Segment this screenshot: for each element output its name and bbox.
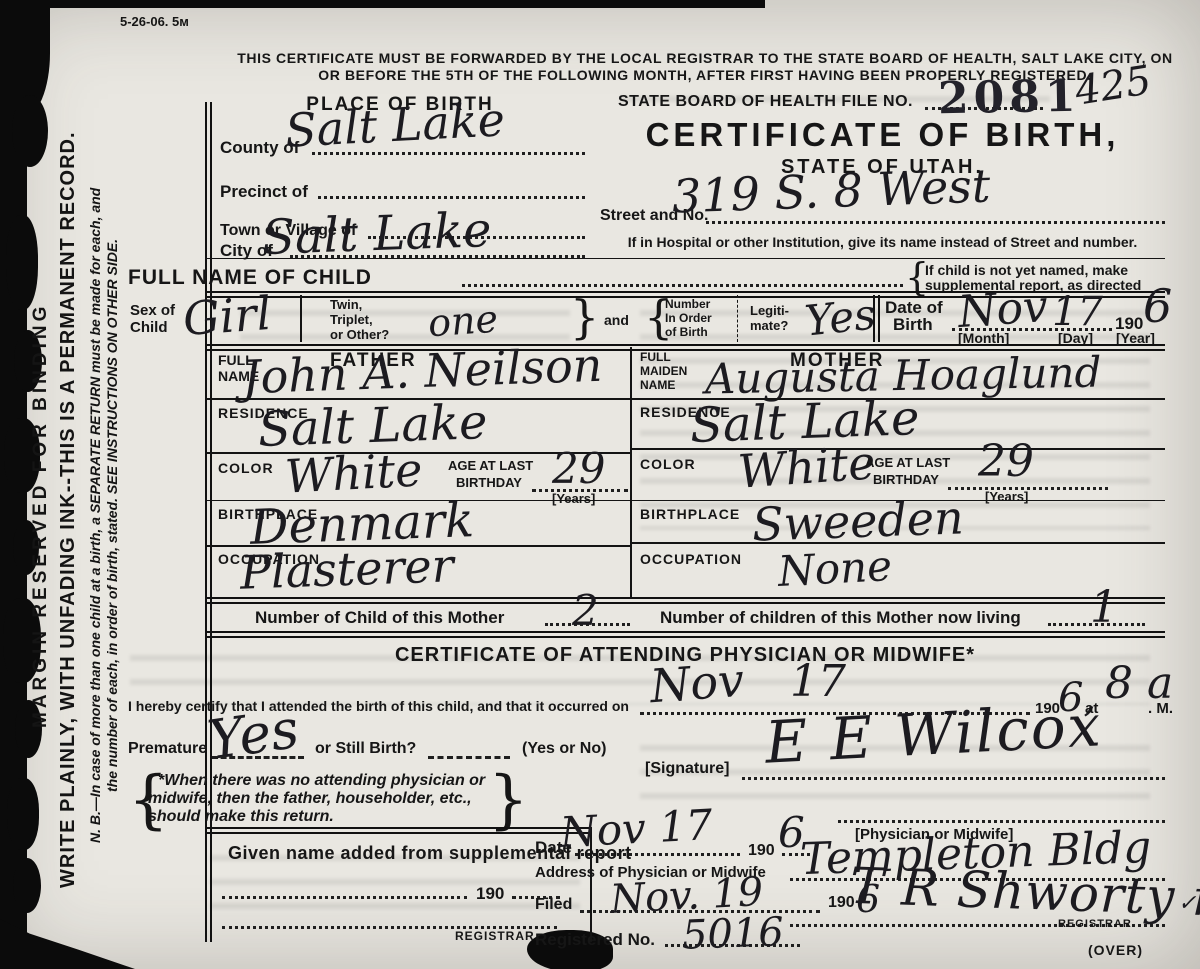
order-brace-close: } bbox=[570, 294, 599, 340]
mother-birthplace-value: Sweeden bbox=[751, 494, 964, 547]
note-brace-close: } bbox=[488, 768, 529, 832]
father-color-value: White bbox=[284, 446, 424, 499]
signature-bracket-label: [Signature] bbox=[645, 760, 729, 778]
yes-no-label: (Yes or No) bbox=[522, 740, 606, 758]
living-count-value: 1 bbox=[1090, 586, 1118, 630]
premature-label: Premature bbox=[128, 740, 207, 758]
file-no-label: STATE BOARD OF HEALTH FILE NO. bbox=[618, 93, 913, 111]
sex-label-line1: Sex of bbox=[130, 302, 175, 319]
supplemental-line-a bbox=[222, 896, 467, 899]
dob-month-value: Nov bbox=[957, 285, 1050, 335]
mother-birthplace-label: BIRTHPLACE bbox=[640, 506, 740, 522]
street-value: 319 S. 8 West bbox=[671, 162, 991, 219]
section-rule-double bbox=[205, 631, 1165, 638]
filed-label: Filed bbox=[535, 896, 572, 914]
physician-signature: E E Wilcox bbox=[764, 696, 1104, 772]
box-rule-double bbox=[205, 827, 590, 834]
registrar-label: REGISTRAR. bbox=[1058, 918, 1136, 930]
mother-residence-line bbox=[632, 448, 1165, 450]
and-label: and bbox=[604, 312, 629, 328]
section-rule-double bbox=[205, 597, 1165, 604]
row-divider bbox=[737, 295, 738, 342]
margin-binding-text: MARGIN RESERVED FOR BINDING bbox=[30, 70, 52, 960]
order-label-line3: of Birth bbox=[665, 325, 708, 339]
section-rule bbox=[205, 258, 1165, 259]
mother-color-value: White bbox=[737, 439, 877, 494]
sex-label-line2: Child bbox=[130, 319, 168, 336]
child-number-label: Number of Child of this Mother bbox=[255, 608, 504, 628]
father-years-bracket: [Years] bbox=[552, 491, 595, 506]
certify-text: I hereby certify that I attended the bir… bbox=[128, 698, 629, 714]
premature-line bbox=[212, 756, 304, 759]
margin-write-plainly-text: WRITE PLAINLY, WITH UNFADING INK--THIS I… bbox=[57, 60, 80, 960]
margin-nb-line1: N. B.—In case of more than one child at … bbox=[87, 70, 103, 960]
father-age-label-line1: AGE AT LAST bbox=[448, 458, 533, 473]
row-divider bbox=[300, 295, 302, 342]
stillbirth-label: or Still Birth? bbox=[315, 740, 416, 758]
meridiem-label: . M. bbox=[1148, 700, 1173, 717]
father-age-value: 29 bbox=[552, 448, 605, 490]
child-number-value: 2 bbox=[572, 590, 599, 632]
father-age-label-line2: BIRTHDAY bbox=[456, 475, 522, 490]
row-divider-double bbox=[873, 295, 880, 342]
street-line bbox=[706, 221, 1165, 224]
over-label: (OVER) bbox=[1088, 942, 1143, 958]
dob-year-written: 6 bbox=[1143, 283, 1172, 329]
date-value: Nov 17 bbox=[559, 804, 714, 854]
registrar-signature: T R Shworty mz bbox=[849, 861, 1200, 926]
physician-note-line1: *When there was no attending physician o… bbox=[158, 772, 485, 790]
twin-value: one bbox=[427, 300, 499, 343]
father-name-value: John A. Neilson bbox=[241, 342, 603, 401]
precinct-line bbox=[318, 196, 585, 199]
supplemental-year-printed: 190 bbox=[476, 884, 504, 904]
occurred-month-value: Nov bbox=[649, 657, 746, 709]
twin-label-line1: Twin, bbox=[330, 297, 362, 312]
mother-birthplace-line bbox=[632, 542, 1165, 544]
pen-checkmark: ✓ bbox=[1178, 893, 1196, 915]
date-year-printed: 190 bbox=[748, 842, 775, 860]
living-count-label: Number of children of this Mother now li… bbox=[660, 608, 1021, 628]
mother-name-label-line3: NAME bbox=[640, 378, 675, 392]
not-named-note-line1: If child is not yet named, make bbox=[925, 262, 1128, 278]
bleed-through-smudge bbox=[240, 300, 570, 340]
registered-no-value: 5016 bbox=[681, 912, 784, 956]
legitimate-label-line2: mate? bbox=[750, 318, 788, 333]
file-no-written: 425 bbox=[1072, 60, 1154, 111]
occurred-day-value: 17 bbox=[790, 660, 846, 704]
father-color-label: COLOR bbox=[218, 460, 274, 476]
mother-name-label-line2: MAIDEN bbox=[640, 364, 687, 378]
full-name-line bbox=[462, 284, 903, 287]
legitimate-label-line1: Legiti- bbox=[750, 303, 789, 318]
margin-nb-line2: the number of each, in order of birth, s… bbox=[104, 70, 120, 960]
mother-occupation-label: OCCUPATION bbox=[640, 551, 742, 567]
form-code: 5-26-06. 5м bbox=[120, 14, 189, 29]
parent-column-divider bbox=[630, 347, 632, 597]
forwarding-notice-line1: THIS CERTIFICATE MUST BE FORWARDED BY TH… bbox=[235, 50, 1175, 66]
mother-age-label-line2: BIRTHDAY bbox=[873, 472, 939, 487]
mother-color-label: COLOR bbox=[640, 456, 696, 472]
dob-label-line2: Birth bbox=[893, 315, 933, 335]
father-occupation-value: Plasterer bbox=[239, 542, 454, 595]
mother-age-value: 29 bbox=[978, 440, 1034, 484]
stillbirth-line bbox=[428, 756, 510, 759]
mother-years-bracket: [Years] bbox=[985, 489, 1028, 504]
precinct-label: Precinct of bbox=[220, 182, 308, 202]
mother-name-label-line1: FULL bbox=[640, 350, 671, 364]
twin-label-line3: or Other? bbox=[330, 327, 389, 342]
mother-age-label-line1: AGE AT LAST bbox=[865, 455, 950, 470]
certificate-title: CERTIFICATE OF BIRTH, bbox=[600, 116, 1165, 154]
supplemental-registrar-label: REGISTRAR. bbox=[455, 929, 539, 943]
sex-value: Girl bbox=[182, 290, 273, 342]
mother-occupation-value: None bbox=[777, 545, 893, 593]
physician-note-line2: midwife, then the father, householder, e… bbox=[148, 790, 472, 808]
scanned-birth-certificate: MARGIN RESERVED FOR BINDING WRITE PLAINL… bbox=[0, 0, 1200, 969]
registered-no-label: Registered No. bbox=[535, 930, 655, 950]
order-label-line2: In Order bbox=[665, 311, 712, 325]
hospital-note: If in Hospital or other Institution, giv… bbox=[600, 234, 1165, 250]
order-label-line1: Number bbox=[665, 297, 710, 311]
twin-label-line2: Triplet, bbox=[330, 312, 373, 327]
legitimate-value: Yes bbox=[803, 293, 878, 342]
county-value: Salt Lake bbox=[284, 96, 506, 153]
signature-line bbox=[742, 777, 1165, 780]
physician-note-line3: should make this return. bbox=[148, 808, 334, 826]
dob-day-value: 17 bbox=[1052, 292, 1103, 332]
scan-edge-top-strip bbox=[0, 0, 765, 8]
city-value: Salt Lake bbox=[261, 206, 492, 262]
